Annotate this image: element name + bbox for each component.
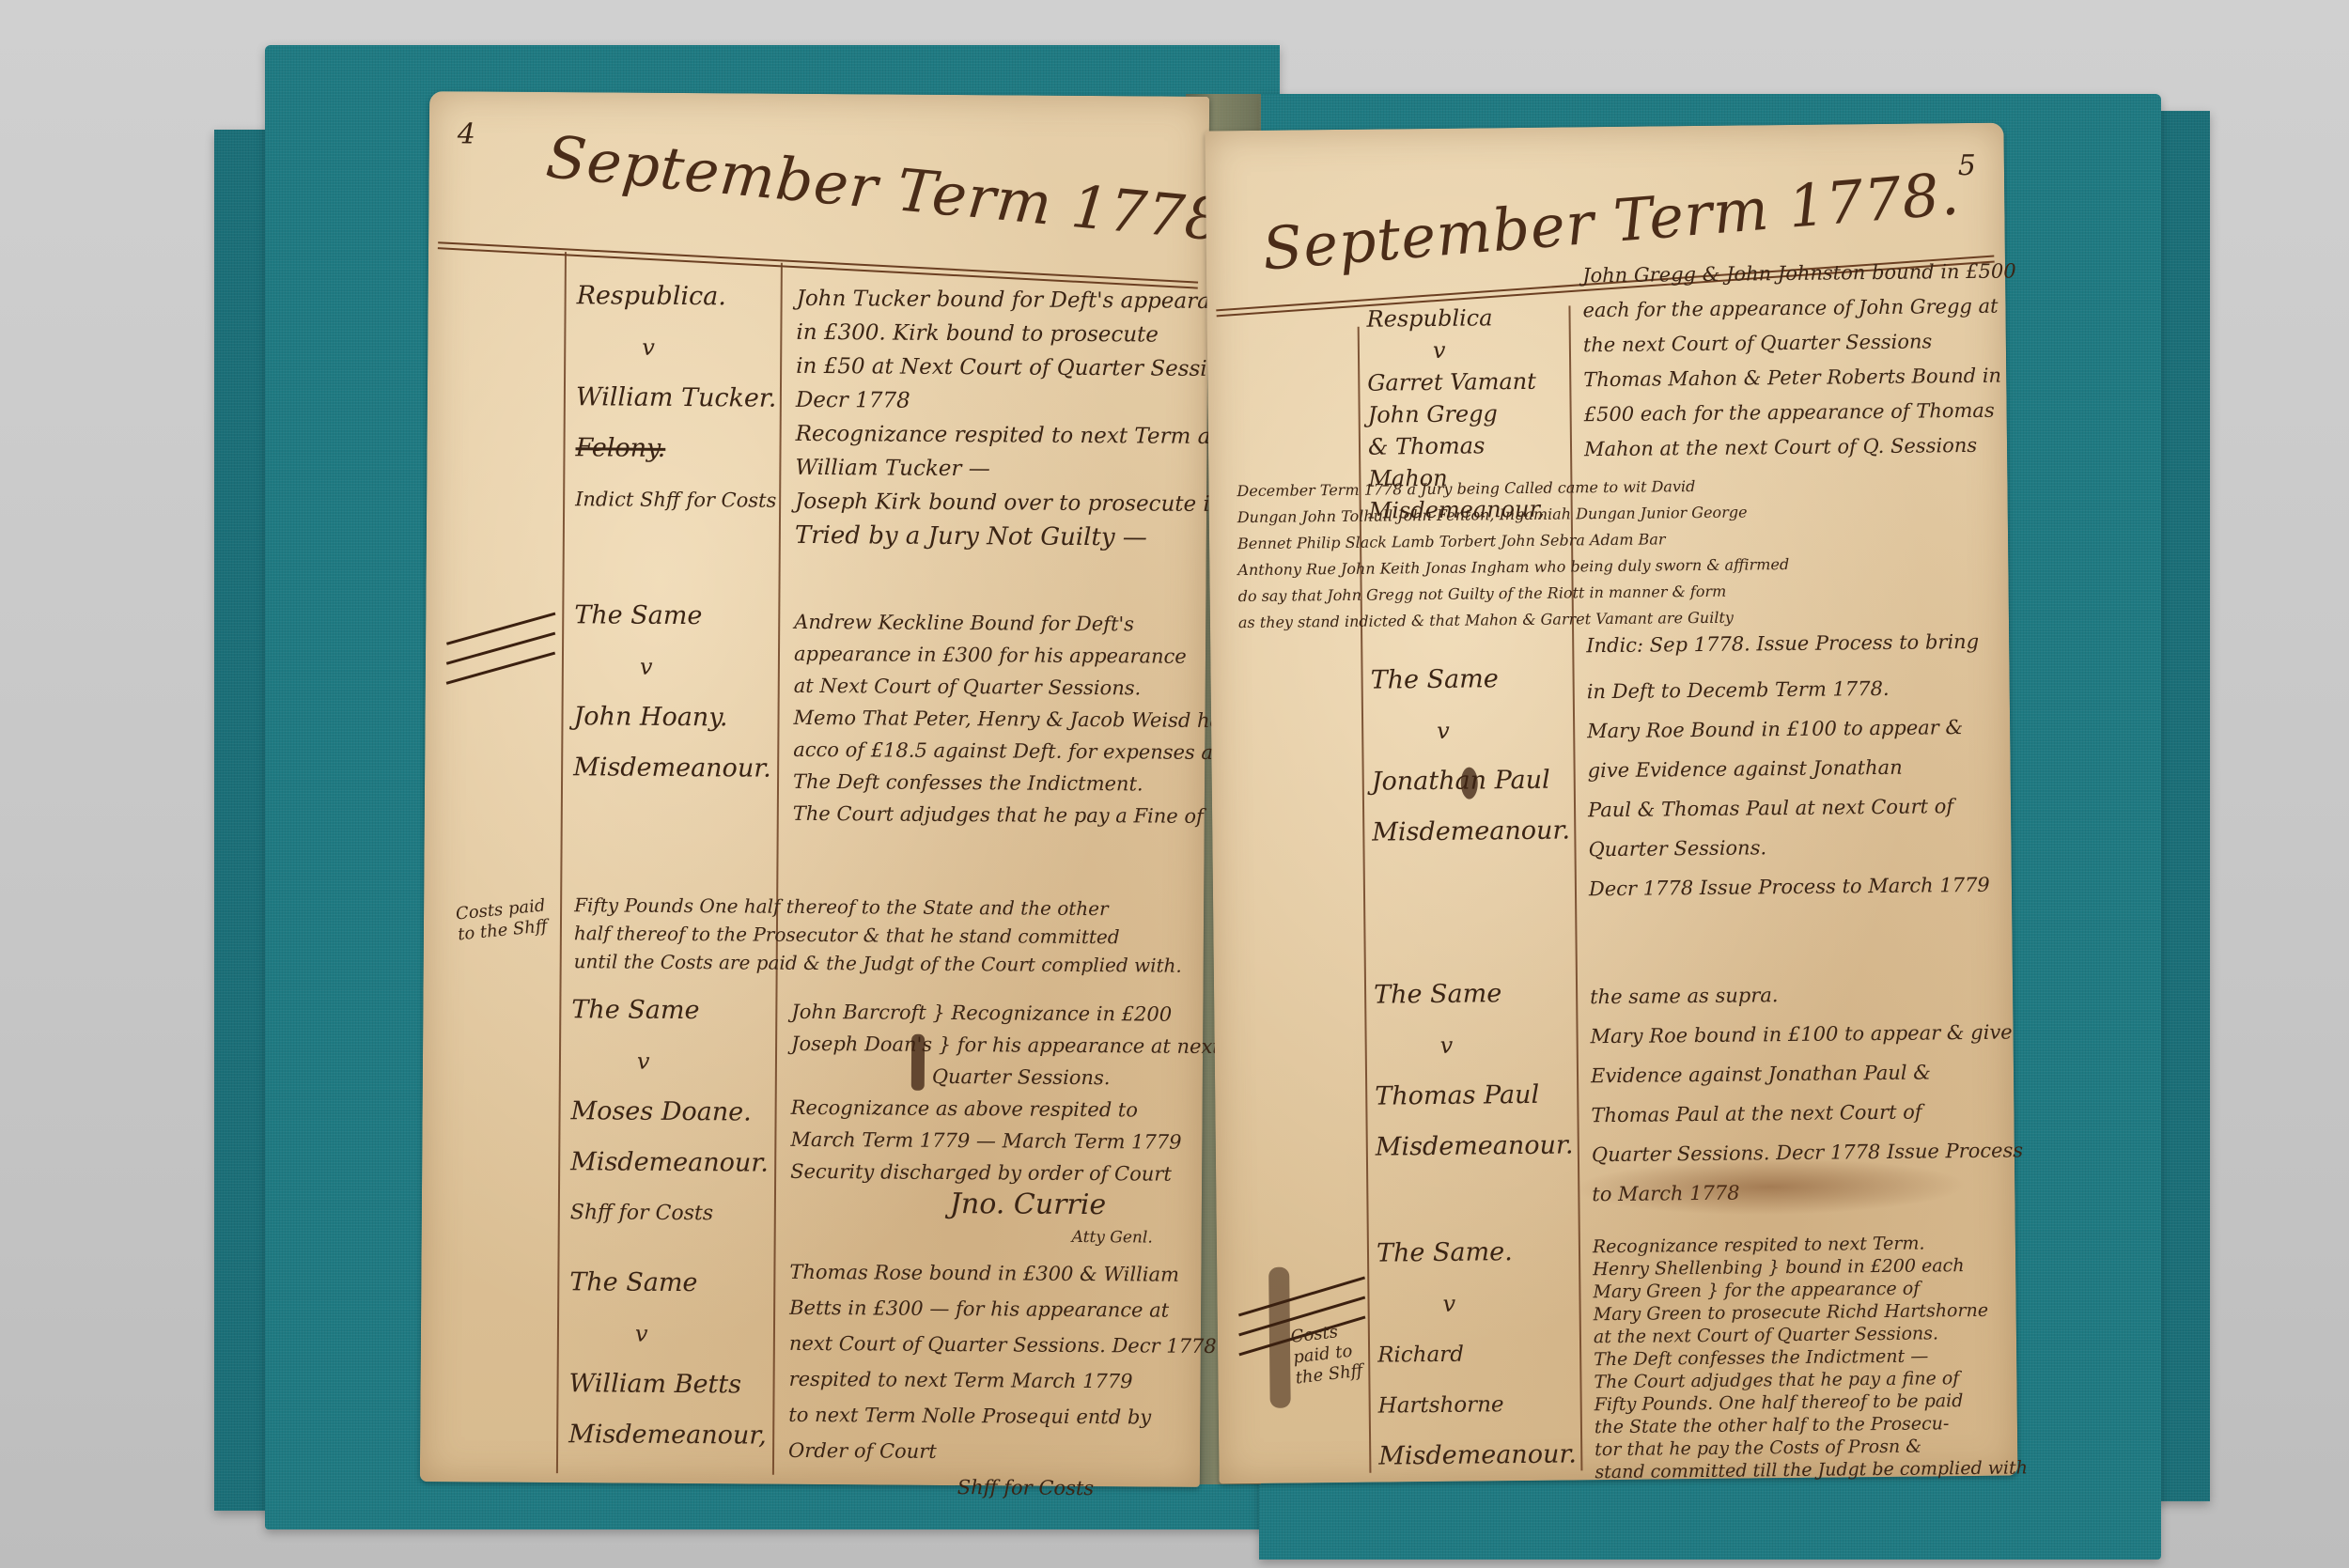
plaintiff: The Same <box>571 985 773 1036</box>
charge: Felony. <box>575 423 777 474</box>
ink-stroke <box>911 1034 925 1091</box>
case-caption: The Same v Jonathan Paul Misdemeanour. <box>1370 653 1574 858</box>
minute-line: Quarter Sessions. <box>1588 826 2001 870</box>
case-caption: The Same v Thomas Paul Misdemeanour. <box>1374 968 1578 1172</box>
defendant: William Betts <box>568 1358 770 1410</box>
minute-line: Memo That Peter, Henry & Jacob Weisd hav… <box>793 702 1197 737</box>
versus: v <box>1367 333 1569 366</box>
minute-line: Joseph Kirk bound over to prosecute in £… <box>795 485 1199 521</box>
charge: Misdemeanour. <box>573 742 775 794</box>
disposition-note: Indict Shff for Costs <box>575 474 777 525</box>
minute-line: in £300. Kirk bound to prosecute <box>796 316 1200 352</box>
minute-line: appearance in £300 for his appearance <box>794 638 1198 673</box>
minute-line: £500 each for the appearance of Thomas <box>1583 394 1997 433</box>
versus: v <box>574 641 776 692</box>
plaintiff: Respublica <box>1366 301 1568 334</box>
plaintiff: The Same. <box>1377 1226 1594 1279</box>
defendant: William Tucker. <box>576 372 778 424</box>
minute-line: at Next Court of Quarter Sessions. <box>794 670 1198 705</box>
versus: v <box>576 321 778 373</box>
verdict-line: Tried by a Jury Not Guilty — <box>795 519 1199 555</box>
minute-line: Recognizance as above respited to <box>791 1092 1195 1126</box>
charge: Misdemeanour. <box>1378 1429 1595 1482</box>
case-minutes: Thomas Rose bound in £300 & William Bett… <box>788 1254 1194 1507</box>
charge: Misdemeanour. <box>1372 805 1575 858</box>
margin-tick-marks <box>444 627 557 687</box>
minute-line: the same as supra. <box>1590 973 2003 1017</box>
disposition-note: Shff for Costs <box>788 1468 1192 1507</box>
charge: Misdemeanour. <box>1376 1120 1579 1172</box>
minute-line: until the Costs are paid & the Judgt of … <box>443 946 1194 980</box>
case-caption: The Same v John Hoany. Misdemeanour. <box>573 590 777 794</box>
plaintiff: The Same <box>574 590 776 642</box>
defendant: John Gregg <box>1367 396 1569 430</box>
minute-line: the State the other half to the Prosecu- <box>1595 1412 2008 1439</box>
defendant: Garret Vamant <box>1367 365 1569 398</box>
defendant: Richard Hartshorne <box>1377 1327 1595 1431</box>
minute-line: in Deft to Decemb Term 1778. <box>1587 668 2000 712</box>
minute-line: Mary Roe bound in £100 to appear & give <box>1590 1013 2003 1057</box>
minute-line: respited to next Term March 1779 <box>788 1361 1192 1400</box>
minute-line: in £50 at Next Court of Quarter Sessions <box>796 349 1200 386</box>
minute-line: Order of Court <box>788 1433 1192 1471</box>
case-minutes: in Deft to Decemb Term 1778. Mary Roe Bo… <box>1587 668 2003 909</box>
ledger-page-left: 4 September Term 1778. Respublica. v Wil… <box>420 91 1209 1487</box>
running-head: September Term 1778. <box>543 122 1245 256</box>
case-caption: The Same. v Richard Hartshorne Misdemean… <box>1377 1226 1595 1482</box>
versus: v <box>1371 704 1574 756</box>
minute-line: The Court adjudges that he pay a Fine of <box>793 798 1197 832</box>
case-minutes: John Gregg & John Johnston bound in £500… <box>1582 255 1998 468</box>
minute-line: Thomas Paul at the next Court of <box>1591 1092 2004 1136</box>
minute-line: Joseph Doan's } for his appearance at ne… <box>791 1028 1195 1063</box>
minute-line: Paul & Thomas Paul at next Court of <box>1588 786 2001 831</box>
minute-line: John Tucker bound for Deft's appearance <box>797 282 1201 318</box>
minute-line: Henry Shellenbing } bound in £200 each <box>1593 1254 2006 1281</box>
minute-line: stand committed till the Judgt be compli… <box>1595 1457 2008 1484</box>
minute-line: Recognizance respited to next Term as to <box>796 417 1200 454</box>
plaintiff: The Same <box>1370 653 1573 706</box>
disposition-note: Shff for Costs <box>570 1188 772 1239</box>
minute-line: Mary Roe Bound in £100 to appear & <box>1587 707 2000 752</box>
minute-line: The Deft confesses the Indictment. <box>793 766 1197 800</box>
ink-drip <box>1268 1267 1291 1408</box>
case-minutes: John Tucker bound for Deft's appearance … <box>795 282 1201 555</box>
minute-line: Quarter Sessions. <box>791 1060 1195 1094</box>
minute-line: John Gregg & John Johnston bound in £500 <box>1582 255 1996 294</box>
margin-column-rule <box>556 252 567 1473</box>
case-minutes: Recognizance respited to next Term. Henr… <box>1593 1232 2009 1484</box>
box-side-left <box>214 130 271 1511</box>
jury-panel: December Term 1778 a Jury being Called c… <box>1237 471 1999 662</box>
versus: v <box>569 1308 771 1359</box>
charge: Misdemeanour, <box>568 1409 770 1461</box>
case-minutes: John Barcroft } Recognizance in £200 Jos… <box>790 996 1196 1254</box>
minute-line: John Barcroft } Recognizance in £200 <box>791 996 1195 1031</box>
minute-line: Mary Green to prosecute Richd Hartshorne <box>1594 1299 2007 1327</box>
minute-line: acco of £18.5 against Deft. for expenses… <box>793 734 1197 768</box>
signature-title: Atty Genl. <box>790 1219 1194 1254</box>
water-stain <box>1573 1157 1968 1217</box>
minute-line: Security discharged by order of Court <box>790 1156 1194 1190</box>
minute-line: Decr 1778 Issue Process to March 1779 <box>1589 865 2002 909</box>
versus: v <box>1377 1277 1594 1329</box>
defendant: John Hoany. <box>573 691 775 743</box>
plaintiff: The Same <box>1374 968 1577 1020</box>
versus: v <box>1374 1018 1577 1071</box>
page-number: 4 <box>458 117 475 150</box>
defendant: Moses Doane. <box>570 1086 772 1138</box>
minute-line: March Term 1779 — March Term 1779 <box>790 1124 1194 1158</box>
plaintiff: Respublica. <box>576 271 778 322</box>
minute-line: Decr 1778 <box>796 383 1200 420</box>
case-minutes: Andrew Keckline Bound for Deft's appeara… <box>793 606 1199 832</box>
minute-line: next Court of Quarter Sessions. Decr 177… <box>789 1326 1193 1364</box>
minute-line: Betts in £300 — for his appearance at <box>789 1290 1193 1328</box>
case-caption: Respublica. v William Tucker. Felony. In… <box>575 271 779 525</box>
ledger-page-right: 5 September Term 1778. Respublica v Garr… <box>1205 123 2017 1484</box>
minute-line: each for the appearance of John Gregg at <box>1582 289 1996 329</box>
defendant: Thomas Paul <box>1375 1069 1578 1122</box>
margin-note: Costs paid to the Shff <box>1290 1319 1372 1389</box>
versus: v <box>571 1035 773 1087</box>
minute-line: to next Term Nolle Prosequi entd by <box>788 1397 1192 1436</box>
sentence-lines: Fifty Pounds One half thereof to the Sta… <box>443 890 1195 980</box>
minute-line: Evidence against Jonathan Paul & <box>1591 1052 2004 1096</box>
minute-line: the next Court of Quarter Sessions <box>1583 324 1997 364</box>
case-caption: The Same v William Betts Misdemeanour, <box>568 1257 772 1461</box>
minute-line: give Evidence against Jonathan <box>1587 747 2000 791</box>
plaintiff: The Same <box>569 1257 771 1309</box>
ink-blot <box>1461 767 1478 799</box>
minute-line: William Tucker — <box>795 451 1199 488</box>
page-number: 5 <box>1958 149 1976 182</box>
charge: Misdemeanour. <box>570 1137 772 1188</box>
minute-line: Mahon at the next Court of Q. Sessions <box>1584 428 1998 468</box>
minute-line: Thomas Mahon & Peter Roberts Bound in <box>1583 359 1997 398</box>
minute-line: Thomas Rose bound in £300 & William <box>789 1254 1193 1293</box>
case-caption: The Same v Moses Doane. Misdemeanour. Sh… <box>570 985 774 1239</box>
minute-line: Andrew Keckline Bound for Deft's <box>794 606 1198 641</box>
signature: Jno. Currie <box>790 1188 1194 1222</box>
